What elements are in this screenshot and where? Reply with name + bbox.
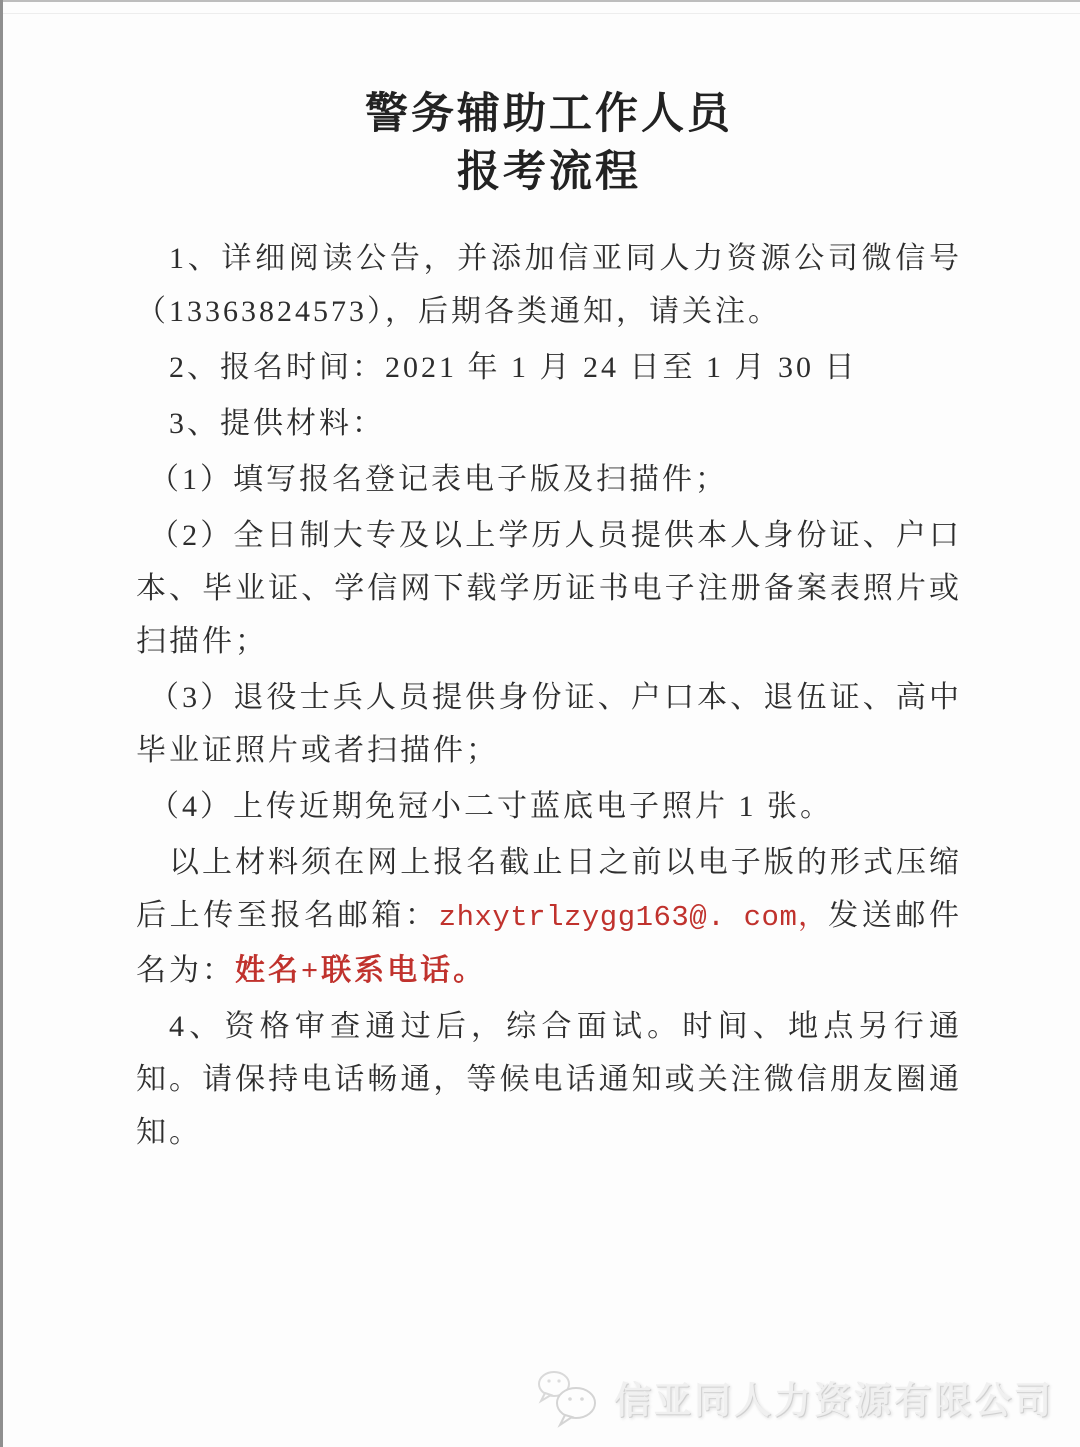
email-subject-format: 姓名+联系电话。 <box>235 954 486 987</box>
list-item-photo: （4）上传近期免冠小二寸蓝底电子照片 1 张。 <box>136 780 962 833</box>
list-item-veterans: （3）退役士兵人员提供身份证、户口本、退伍证、高中毕业证照片或者扫描件； <box>136 671 962 777</box>
list-item-college-graduates: （2）全日制大专及以上学历人员提供本人身份证、户口本、毕业证、学信网下载学历证书… <box>136 509 962 668</box>
company-watermark: 信亚同人力资源有限公司 <box>534 1366 1054 1428</box>
list-item-registration-form: （1）填写报名登记表电子版及扫描件； <box>136 453 962 506</box>
paragraph-registration-time: 2、报名时间：2021 年 1 月 24 日至 1 月 30 日 <box>136 341 962 394</box>
paragraph-materials-heading: 3、提供材料： <box>136 397 962 450</box>
scanned-notice-page: { "document": { "title": { "line1": "警务辅… <box>0 0 1080 1447</box>
wechat-icon <box>534 1366 604 1428</box>
notice-document: 警务辅助工作人员 报考流程 1、详细阅读公告，并添加信亚同人力资源公司微信号（1… <box>0 0 1080 1162</box>
document-title-line1: 警务辅助工作人员 <box>136 86 962 144</box>
paragraph-read-announcement: 1、详细阅读公告，并添加信亚同人力资源公司微信号（13363824573），后期… <box>136 232 962 338</box>
paragraph-upload-instructions: 以上材料须在网上报名截止日之前以电子版的形式压缩后上传至报名邮箱：zhxytrl… <box>136 836 962 997</box>
watermark-company-name: 信亚同人力资源有限公司 <box>614 1370 1054 1424</box>
document-title-line2: 报考流程 <box>136 144 962 202</box>
registration-email-address: zhxytrlzygg163@. com， <box>439 901 828 934</box>
document-title: 警务辅助工作人员 报考流程 <box>136 86 962 202</box>
paragraph-interview-notice: 4、资格审查通过后，综合面试。时间、地点另行通知。请保持电话畅通，等候电话通知或… <box>136 1000 962 1159</box>
